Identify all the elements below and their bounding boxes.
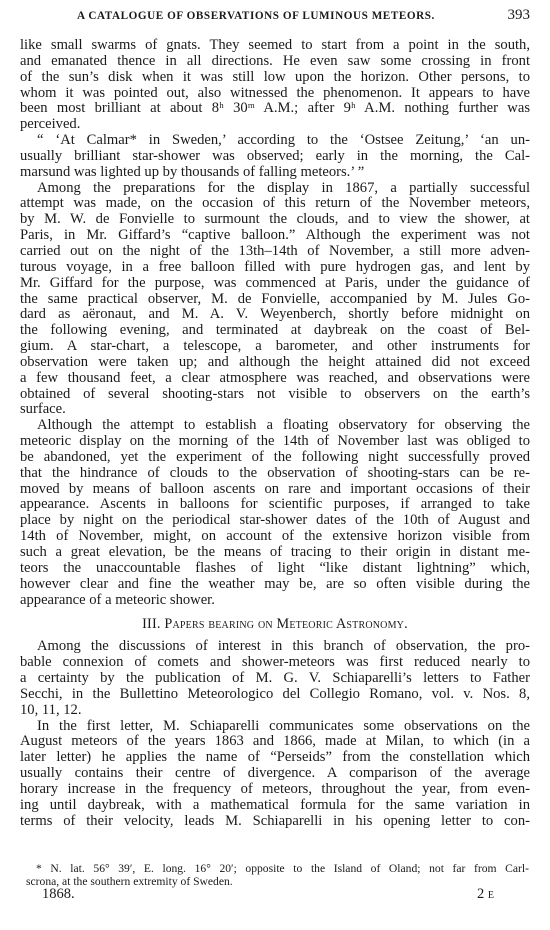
text-line: meteoric display on the morning of the 1… bbox=[20, 434, 530, 450]
text-line: Secchi, in the Bullettino Meteorologico … bbox=[20, 687, 530, 703]
text-line: 14th of November, might, on account of t… bbox=[20, 529, 530, 545]
text-line: later letter) he applies the name of “Pe… bbox=[20, 750, 530, 766]
section-heading: III. Papers bearing on Meteoric Astronom… bbox=[20, 617, 530, 633]
text-line: the following evening, and terminated at… bbox=[20, 323, 530, 339]
signature-mark-number: 2 bbox=[477, 886, 484, 902]
text-line: dard as aëronaut, and M. A. V. Weyenberc… bbox=[20, 307, 530, 323]
text-line: Paris, in Mr. Giffard’s “captive balloon… bbox=[20, 228, 530, 244]
text-line: marsund was lighted up by thousands of f… bbox=[20, 165, 530, 181]
text-line: Mr. Giffard for the purpose, was commenc… bbox=[20, 276, 530, 292]
paragraph: Among the discussions of interest in thi… bbox=[20, 639, 530, 718]
text-line: a few thousand feet, a clear atmosphere … bbox=[20, 371, 530, 387]
section-title: Papers bearing on Meteoric Astronomy. bbox=[164, 616, 407, 632]
text-line: observation were taken up; and although … bbox=[20, 355, 530, 371]
text-line: the same practical observer, M. de Fonvi… bbox=[20, 292, 530, 308]
text-line: teors the unaccountable flashes of light… bbox=[20, 561, 530, 577]
text-line: attempt was made, on the occasion of thi… bbox=[20, 196, 530, 212]
text-line: place by night on the periodical star-sh… bbox=[20, 513, 530, 529]
footnote-line: scrona, at the southern extremity of Swe… bbox=[26, 875, 529, 888]
body-text: like small swarms of gnats. They seemed … bbox=[20, 38, 530, 830]
text-line: surface. bbox=[20, 402, 530, 418]
running-head: A Catalogue of Observations of Luminous … bbox=[20, 7, 530, 25]
text-line: Although the attempt to establish a floa… bbox=[20, 418, 530, 434]
text-line: moved by means of balloon ascents on rar… bbox=[20, 482, 530, 498]
paragraph: Although the attempt to establish a floa… bbox=[20, 418, 530, 608]
text-line: gium. A star-chart, a telescope, a barom… bbox=[20, 339, 530, 355]
paragraph: In the first letter, M. Schiaparelli com… bbox=[20, 719, 530, 830]
paragraph: like small swarms of gnats. They seemed … bbox=[20, 38, 530, 133]
text-line: ing until daybreak, with a mathematical … bbox=[20, 798, 530, 814]
footnote-line: * N. lat. 56° 39′, E. long. 16° 20′; opp… bbox=[26, 862, 529, 875]
text-line: usually contains their centre of diverge… bbox=[20, 766, 530, 782]
section-numeral: III. bbox=[142, 616, 161, 632]
text-line: obtained of several shooting-stars not v… bbox=[20, 387, 530, 403]
text-line: In the first letter, M. Schiaparelli com… bbox=[20, 719, 530, 735]
signature-mark: 2 E bbox=[477, 886, 494, 903]
text-line: however clear and fine the weather may b… bbox=[20, 577, 530, 593]
text-line: turous voyage, in a free balloon filled … bbox=[20, 260, 530, 276]
text-line: horary increase in the frequency of mete… bbox=[20, 782, 530, 798]
paragraph-quotation: “ ‘At Calmar* in Sweden,’ according to t… bbox=[20, 133, 530, 181]
text-line: Among the preparations for the display i… bbox=[20, 181, 530, 197]
text-line: been most brilliant at about 8ʰ 30ᵐ A.M.… bbox=[20, 101, 530, 117]
signature-year: 1868. bbox=[42, 886, 75, 903]
text-line: appearance of a meteoric shower. bbox=[20, 593, 530, 609]
text-line: perceived. bbox=[20, 117, 530, 133]
text-line: whom it was pointed out, also witnessed … bbox=[20, 86, 530, 102]
text-line: such a great elevation, be the means of … bbox=[20, 545, 530, 561]
paragraph: Among the preparations for the display i… bbox=[20, 181, 530, 419]
text-line: “ ‘At Calmar* in Sweden,’ according to t… bbox=[20, 133, 530, 149]
text-line: be abandoned, yet the experiment of the … bbox=[20, 450, 530, 466]
text-line: and emanated thence in all directions. H… bbox=[20, 54, 530, 70]
running-head-title: A Catalogue of Observations of Luminous … bbox=[77, 10, 435, 22]
text-line: usually brilliant star-shower was observ… bbox=[20, 149, 530, 165]
footnote: * N. lat. 56° 39′, E. long. 16° 20′; opp… bbox=[26, 862, 529, 888]
text-line: like small swarms of gnats. They seemed … bbox=[20, 38, 530, 54]
text-line: 10, 11, 12. bbox=[20, 703, 530, 719]
text-line: terms of their velocity, leads M. Schiap… bbox=[20, 814, 530, 830]
text-line: by M. W. de Fonvielle to surmount the cl… bbox=[20, 212, 530, 228]
text-line: carried out on the night of the 13th–14t… bbox=[20, 244, 530, 260]
book-page: A Catalogue of Observations of Luminous … bbox=[0, 0, 550, 930]
text-line: appearance. Ascents in balloons for scie… bbox=[20, 497, 530, 513]
text-line: bable connexion of comets and shower-met… bbox=[20, 655, 530, 671]
text-line: that the hindrance of clouds to the obse… bbox=[20, 466, 530, 482]
text-line: of the sun’s disk when it was still low … bbox=[20, 70, 530, 86]
text-line: a certainty by the publication of M. G. … bbox=[20, 671, 530, 687]
page-number: 393 bbox=[508, 7, 531, 24]
text-line: August meteors of the years 1863 and 186… bbox=[20, 734, 530, 750]
signature-mark-letter: E bbox=[488, 890, 494, 901]
text-line: Among the discussions of interest in thi… bbox=[20, 639, 530, 655]
